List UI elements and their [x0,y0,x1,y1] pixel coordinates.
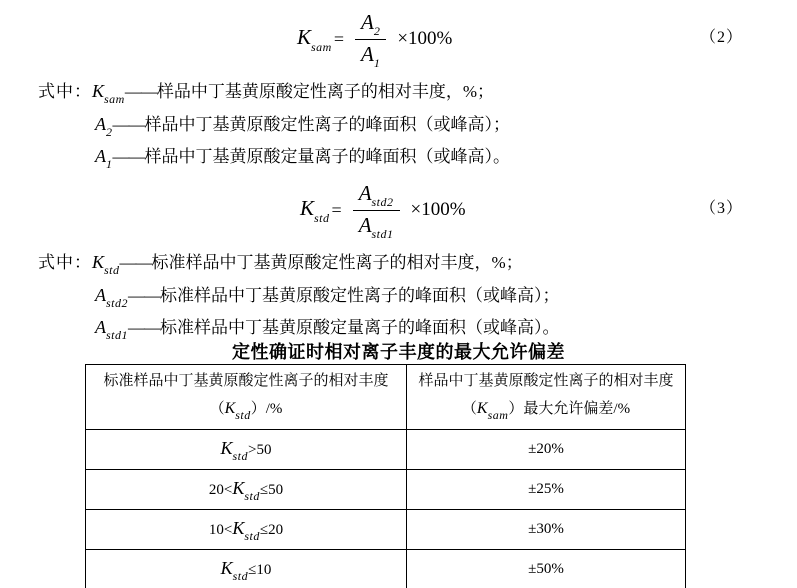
eq2-lhs: Ksam [297,25,332,52]
def-line: A2——样品中丁基黄原酸定性离子的峰面积（或峰高）； [38,113,510,146]
def-dash: —— [128,318,160,337]
header-cell-kstd: 标准样品中丁基黄原酸定性离子的相对丰度 （Kstd）/% [86,365,407,430]
def-var-sub: 1 [106,157,113,171]
def-text: 样品中丁基黄原酸定性离子的峰面积（或峰高）； [145,115,511,134]
eq2-number: （2） [700,24,743,47]
def-line: Astd2——标准样品中丁基黄原酸定性离子的峰面积（或峰高）； [38,284,560,317]
eq3-num-base: A [359,181,372,205]
def-dash: —— [113,147,145,166]
eq3-lhs-sub: std [314,211,330,225]
eq2-den-sub: 1 [374,56,381,70]
eq3-number: （3） [700,195,743,218]
def-var-sub: sam [104,92,125,106]
def-line: 式中：Ksam——样品中丁基黄原酸定性离子的相对丰度，%； [38,80,510,113]
header-col1-line1: 标准样品中丁基黄原酸定性离子的相对丰度 [90,368,402,395]
eq2-numerator: A2 [355,11,386,40]
definitions-eq2: 式中：Ksam——样品中丁基黄原酸定性离子的相对丰度，%； A2——样品中丁基黄… [38,80,510,178]
def-var-base: A [95,146,106,166]
value-cell: ±20% [407,430,686,470]
def-text: 标准样品中丁基黄原酸定量离子的峰面积（或峰高）。 [160,318,560,337]
eq2-lhs-sub: sam [311,40,332,54]
eq3-den-base: A [359,213,372,237]
header-col2-var: K [477,400,488,417]
eq2-equals: = [334,29,344,50]
header-col1-line2: （Kstd）/% [90,395,402,427]
table-title: 定性确证时相对离子丰度的最大允许偏差 [0,338,797,364]
def-var-base: A [95,114,106,134]
eq3-lhs-base: K [300,196,314,220]
def-dash: —— [120,253,152,272]
def-text: 标准样品中丁基黄原酸定性离子的相对丰度，%； [152,253,523,272]
def-var-base: A [95,285,106,305]
max-deviation-table: 标准样品中丁基黄原酸定性离子的相对丰度 （Kstd）/% 样品中丁基黄原酸定性离… [85,364,686,588]
eq3-equals: = [332,200,342,221]
table-header-row: 标准样品中丁基黄原酸定性离子的相对丰度 （Kstd）/% 样品中丁基黄原酸定性离… [86,365,686,430]
row-var: K [232,518,244,538]
table-row: 10<Kstd≤20 ±30% [86,510,686,550]
eq3-lhs: Kstd [300,196,330,223]
header-cell-ksam: 样品中丁基黄原酸定性离子的相对丰度 （Ksam）最大允许偏差/% [407,365,686,430]
condition-cell: 10<Kstd≤20 [86,510,407,550]
def-dash: —— [128,286,160,305]
condition-cell: Kstd≤10 [86,550,407,588]
condition-cell: 20<Kstd≤50 [86,470,407,510]
eq2-num-sub: 2 [374,24,381,38]
def-var-sub: std [104,263,120,277]
row-var: K [221,438,233,458]
row-var: K [232,478,244,498]
header-col2-line1: 样品中丁基黄原酸定性离子的相对丰度 [411,368,681,395]
def-prefix: 式中： [38,82,92,101]
def-var-base: K [92,252,104,272]
value-cell: ±30% [407,510,686,550]
eq3-den-sub: std1 [372,227,394,241]
value-cell: ±25% [407,470,686,510]
document-page: Ksam = A2 A1 ×100% （2） 式中：Ksam——样品中丁基黄原酸… [0,0,797,588]
header-col2-line2: （Ksam）最大允许偏差/% [411,395,681,427]
eq3-num-sub: std2 [372,195,394,209]
eq3-multiplier: ×100% [411,199,466,221]
eq2-denominator: A1 [355,40,386,68]
def-var-base: K [92,81,104,101]
table-row: 20<Kstd≤50 ±25% [86,470,686,510]
def-prefix: 式中： [38,253,92,272]
def-line: 式中：Kstd——标准样品中丁基黄原酸定性离子的相对丰度，%； [38,251,560,284]
eq3-fraction: Astd2 Astd1 [353,182,400,239]
eq2-num-base: A [361,10,374,34]
condition-cell: Kstd>50 [86,430,407,470]
header-col1-var: K [225,400,236,417]
value-cell: ±50% [407,550,686,588]
def-dash: —— [125,82,157,101]
def-dash: —— [113,115,145,134]
equation-3: Kstd = Astd2 Astd1 ×100% [300,181,466,239]
def-var-base: A [95,317,106,337]
def-text: 样品中丁基黄原酸定性离子的相对丰度，%； [157,82,494,101]
def-var-sub: 2 [106,125,113,139]
def-text: 标准样品中丁基黄原酸定性离子的峰面积（或峰高）； [160,286,560,305]
eq2-multiplier: ×100% [397,28,452,50]
eq2-fraction: A2 A1 [355,11,386,68]
row-var: K [221,558,233,578]
def-var-sub: std2 [106,296,128,310]
eq2-lhs-base: K [297,25,311,49]
table-row: Kstd≤10 ±50% [86,550,686,588]
table-row: Kstd>50 ±20% [86,430,686,470]
eq3-denominator: Astd1 [353,211,400,239]
def-line: A1——样品中丁基黄原酸定量离子的峰面积（或峰高）。 [38,145,510,178]
definitions-eq3: 式中：Kstd——标准样品中丁基黄原酸定性离子的相对丰度，%； Astd2——标… [38,251,560,349]
eq3-numerator: Astd2 [353,182,400,211]
eq2-den-base: A [361,42,374,66]
equation-2: Ksam = A2 A1 ×100% [297,12,452,66]
def-text: 样品中丁基黄原酸定量离子的峰面积（或峰高）。 [145,147,511,166]
